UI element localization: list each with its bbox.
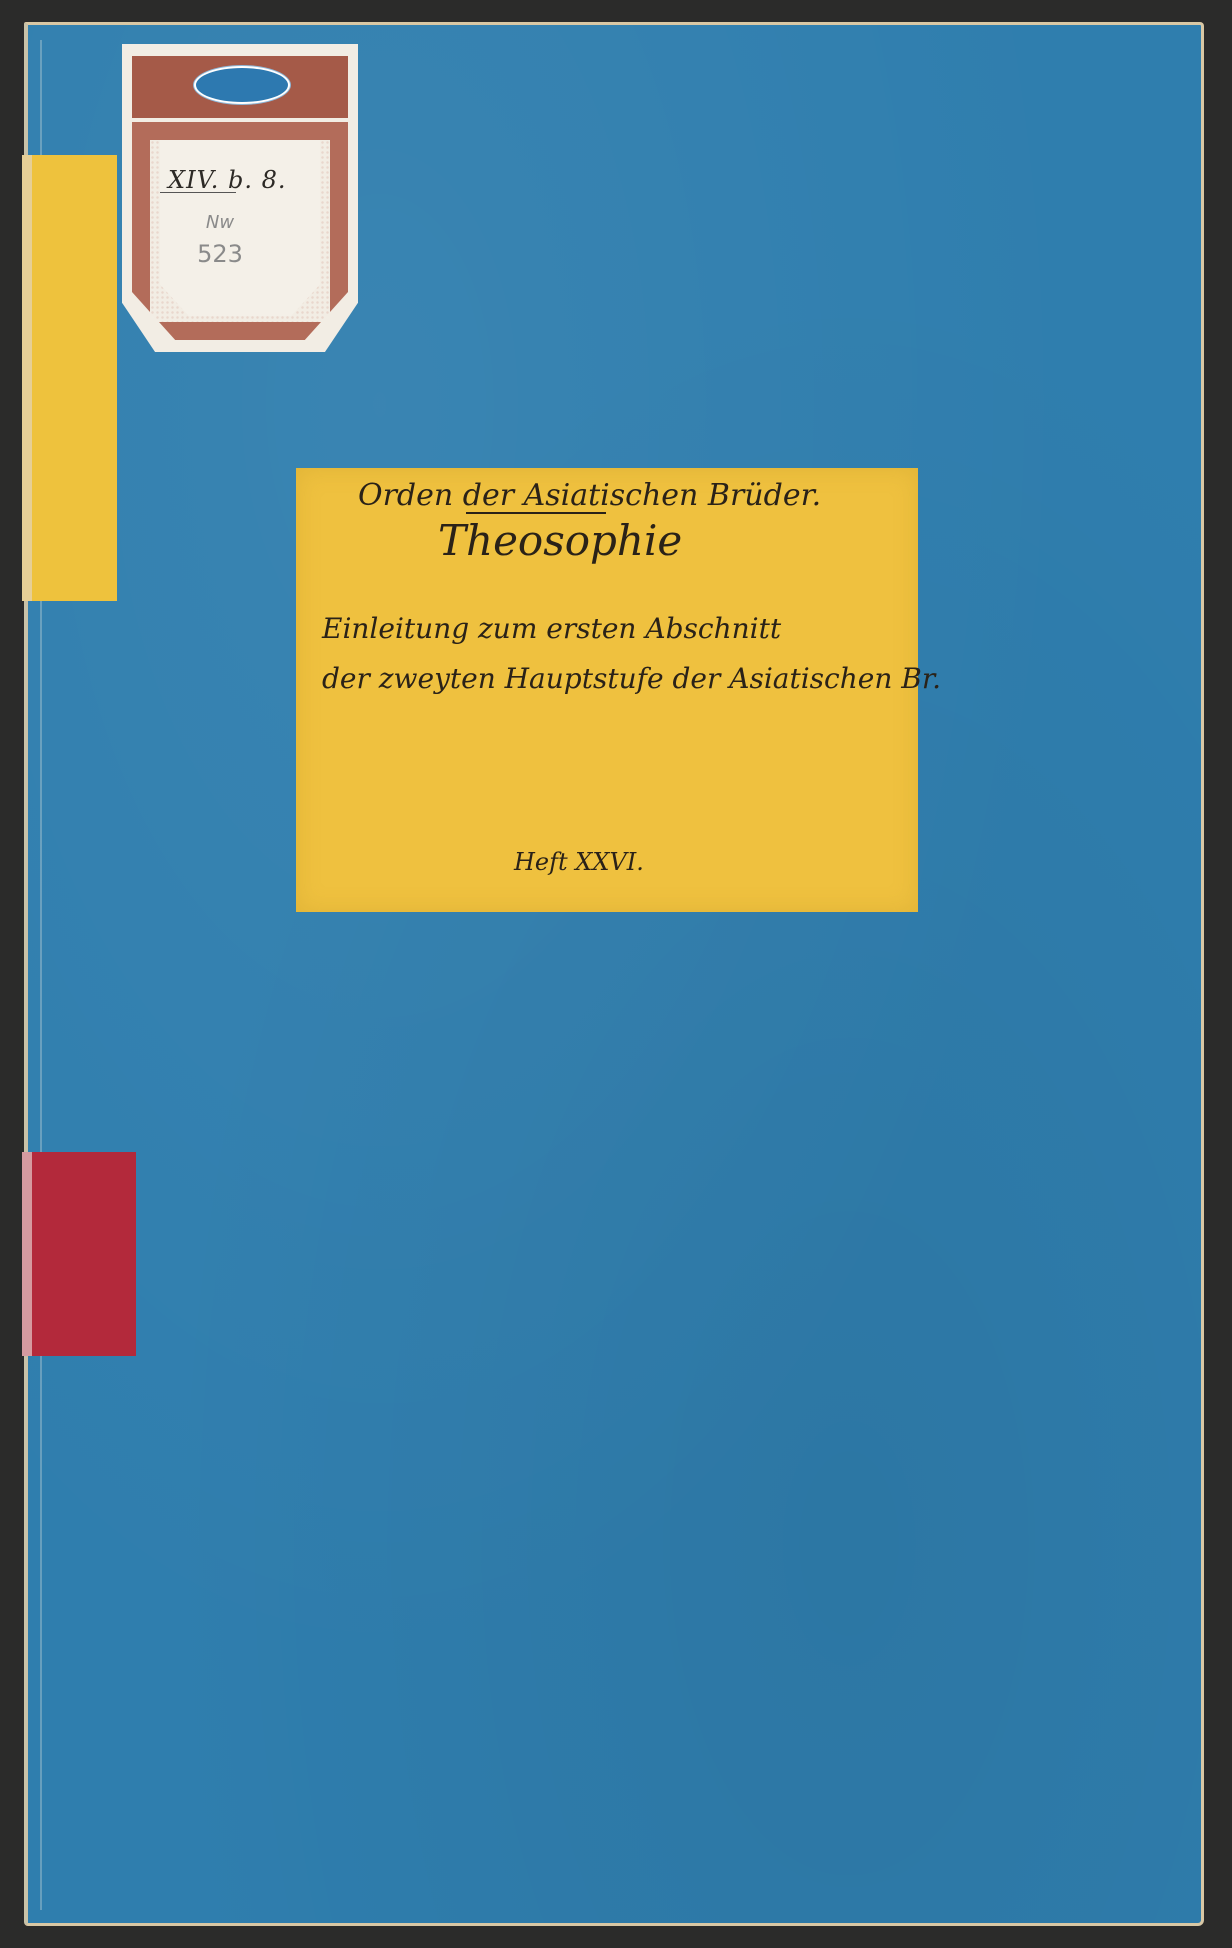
catalogue-label-field: XIV. b. 8. Nw 523: [160, 140, 320, 316]
issue-number: Heft XXVI.: [514, 848, 644, 876]
spine-red-tag: [22, 1152, 136, 1356]
catalogue-number: 523: [160, 240, 280, 268]
shelfmark-underline: [160, 192, 236, 193]
order-name-underline: [466, 512, 606, 514]
subtitle-line-2: der zweyten Hauptstufe der Asiatischen B…: [322, 662, 941, 695]
subtitle-line-1: Einleitung zum ersten Abschnitt: [322, 612, 781, 645]
title-label: Orden der Asiatischen Brüder. Theosophie…: [296, 468, 918, 912]
catalogue-label-ornament: [132, 56, 348, 118]
catalogue-number-prefix: Nw: [160, 212, 280, 233]
catalogue-label: XIV. b. 8. Nw 523: [122, 44, 358, 352]
order-name: Orden der Asiatischen Brüder.: [358, 478, 821, 513]
shelfmark: XIV. b. 8.: [168, 166, 318, 194]
oval-cartouche-icon: [194, 66, 290, 104]
spine-yellow-strip: [22, 155, 117, 601]
document-title: Theosophie: [438, 516, 682, 565]
